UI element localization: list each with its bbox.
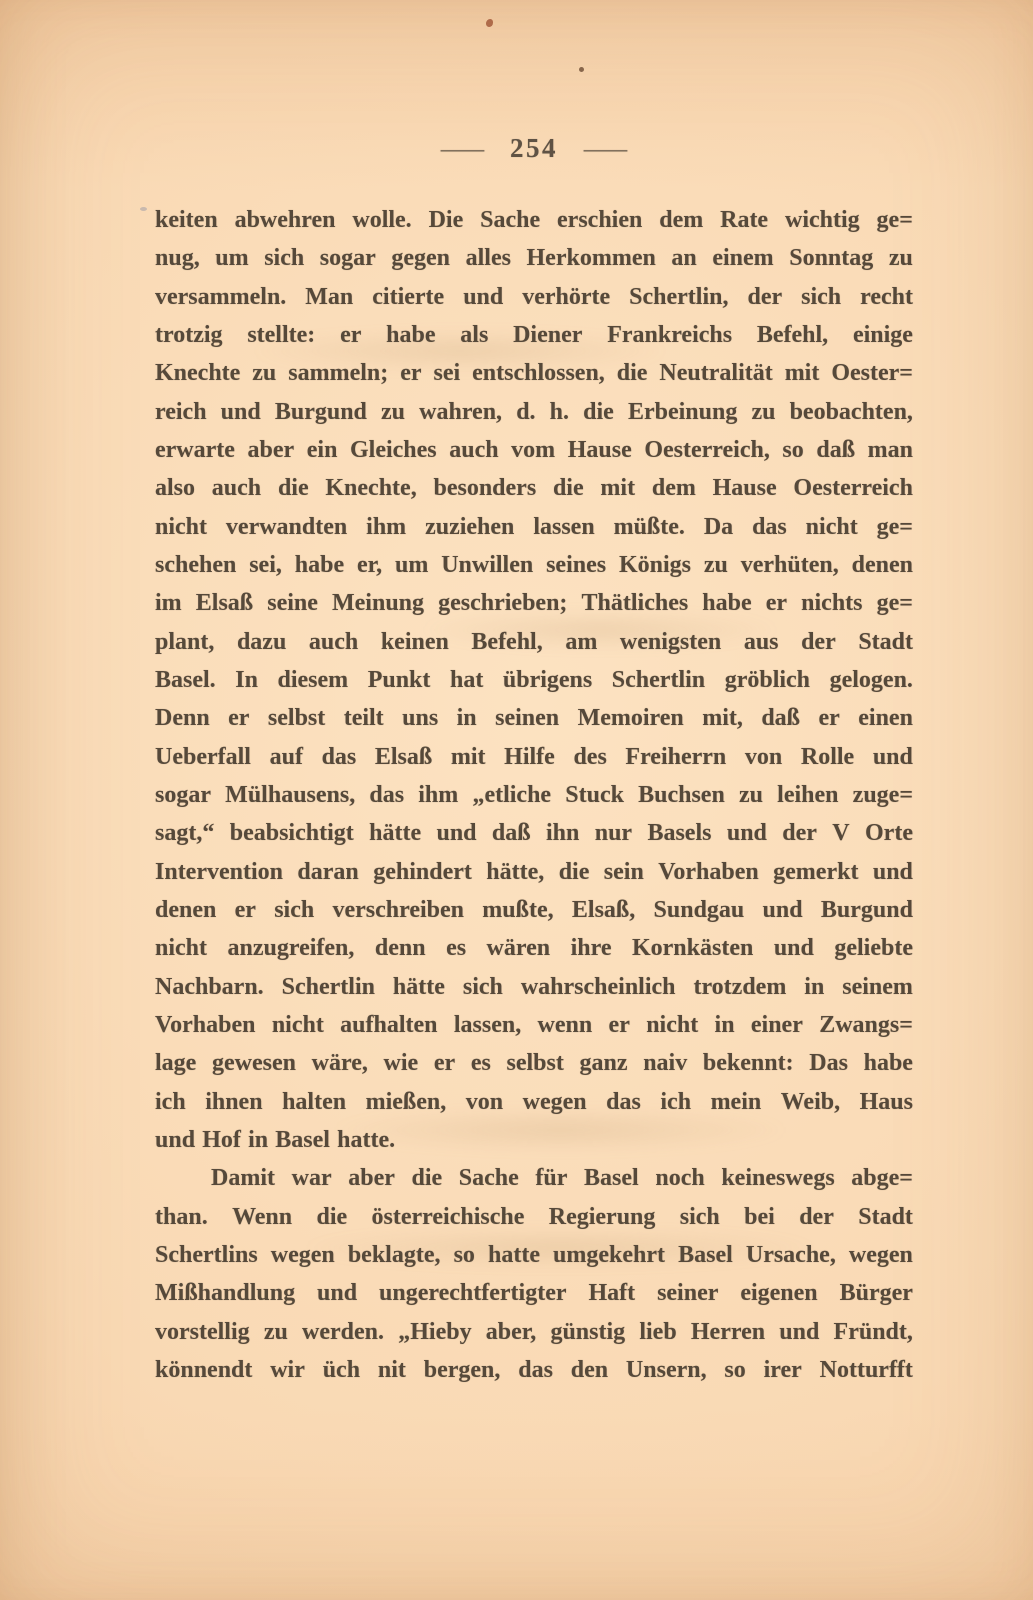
word: Haus [860, 1083, 913, 1121]
word: und [779, 1313, 819, 1351]
word: Oester= [831, 354, 913, 392]
word: des [573, 738, 606, 776]
text-line: MißhandlungundungerechtfertigterHaftsein… [155, 1274, 913, 1312]
word: das [606, 1083, 641, 1121]
word: mit, [702, 699, 743, 737]
text-line: alsoauchdieKnechte,besondersdiemitdemHau… [155, 469, 913, 507]
word: Befehl, [471, 623, 542, 661]
word: er [340, 316, 361, 354]
word: h. [550, 393, 569, 431]
text-line: DamitwaraberdieSachefürBaselnochkeineswe… [155, 1159, 913, 1197]
page-header: — 254 — [155, 128, 913, 168]
word: Basel. [155, 661, 216, 699]
word: zu [739, 776, 763, 814]
word: das [518, 1351, 553, 1389]
word: es [446, 929, 466, 967]
word: müßte. [614, 508, 685, 546]
word: einen [858, 699, 913, 737]
word: so [782, 431, 803, 469]
word: gemerkt [773, 853, 858, 891]
word: irer [764, 1351, 802, 1389]
word: lassen [533, 508, 594, 546]
word: Stadt [858, 1198, 913, 1236]
word: hätte [369, 814, 421, 852]
word: hat [450, 661, 483, 699]
word: wenigsten [620, 623, 721, 661]
word: Herkommen [527, 239, 656, 277]
word: than. [155, 1198, 208, 1236]
word: Zwangs= [819, 1006, 913, 1044]
word: Hof [202, 1121, 241, 1159]
paragraph: DamitwaraberdieSachefürBaselnochkeineswe… [155, 1159, 913, 1389]
word: nug, [155, 239, 200, 277]
word: ihre [571, 929, 612, 967]
word: Die [429, 201, 464, 239]
word: Sonntag [789, 239, 873, 277]
word: Elsaß [375, 738, 432, 776]
word: vorstellig [155, 1313, 250, 1351]
word: zuziehen [425, 508, 514, 546]
word: er [434, 1044, 455, 1082]
word: habe [386, 316, 435, 354]
word: Burgund [275, 393, 367, 431]
text-line: UeberfallaufdasElsaßmitHilfedesFreiherrn… [155, 738, 913, 776]
word: naiv [643, 1044, 687, 1082]
word: ihm [366, 508, 406, 546]
word: es [471, 1044, 491, 1082]
paragraph: keitenabwehrenwolle.DieSacheerschiendemR… [155, 201, 913, 1159]
word: „Hieby [398, 1313, 471, 1351]
word: mein [711, 1083, 762, 1121]
word: also [155, 469, 195, 507]
text-line: Nachbarn.Schertlinhättesichwahrscheinlic… [155, 968, 913, 1006]
word: und [155, 1121, 195, 1159]
word: ge= [877, 584, 913, 622]
word: Rate [720, 201, 768, 239]
text-line: Vorhabennichtaufhaltenlassen,wennernicht… [155, 1006, 913, 1044]
book-page: — 254 — keitenabwehrenwolle.DieSacheersc… [0, 0, 1033, 1600]
ink-speck [486, 19, 493, 27]
text-line: undHofinBaselhatte. [155, 1121, 913, 1159]
word: Basels [647, 814, 711, 852]
word: sagt,“ [155, 814, 214, 852]
word: Erbeinung [628, 393, 737, 431]
word: hätte [393, 968, 445, 1006]
word: daß [761, 699, 800, 737]
word: wenn [538, 1006, 593, 1044]
word: die [617, 354, 648, 392]
word: einem [712, 239, 773, 277]
word: habe [864, 1044, 913, 1082]
word: aber, [486, 1313, 536, 1351]
word: war [292, 1159, 332, 1197]
word: die [559, 853, 590, 891]
word: wahrscheinlich [521, 968, 676, 1006]
page-number: 254 [510, 133, 558, 164]
word: Vorhaben [155, 1006, 255, 1044]
word: selbst [507, 1044, 564, 1082]
word: könnendt [155, 1351, 252, 1389]
word: ihn [546, 814, 579, 852]
word: Sundgau [654, 891, 745, 929]
word: aus [744, 623, 779, 661]
word: Thätliches [582, 584, 689, 622]
word: wegen [849, 1236, 913, 1274]
word: Bürger [840, 1274, 913, 1312]
word: d. [516, 393, 535, 431]
word: und [873, 853, 913, 891]
word: Elsaß [196, 584, 253, 622]
word: erwarte [155, 431, 235, 469]
word: Befehl, [757, 316, 828, 354]
word: reich [155, 393, 207, 431]
word: zu [264, 1313, 288, 1351]
word: besonders [433, 469, 536, 507]
word: um [215, 239, 248, 277]
word: denen [155, 891, 216, 929]
word: seiner [657, 1274, 718, 1312]
word: hatte. [337, 1121, 395, 1159]
word: Ueberfall [155, 738, 251, 776]
word: das [322, 738, 357, 776]
text-line: nug,umsichsogargegenallesHerkommenaneine… [155, 239, 913, 277]
text-line: sagt,“beabsichtigthätteunddaßihnnurBasel… [155, 814, 913, 852]
word: verhüten, [741, 546, 839, 584]
header-dash-left: — [441, 133, 484, 164]
word: recht [860, 278, 913, 316]
word: er [400, 354, 421, 392]
word: geliebte [834, 929, 913, 967]
word: so [454, 1236, 475, 1274]
word: Wenn [232, 1198, 292, 1236]
word: dem [659, 201, 703, 239]
word: Vorhaben [658, 853, 758, 891]
word: so [724, 1351, 745, 1389]
word: gegen [391, 239, 450, 277]
word: zu [252, 354, 276, 392]
word: Ursache, [746, 1236, 836, 1274]
text-line: schehensei,habeer,umUnwillenseinesKönigs… [155, 546, 913, 584]
word: erschien [557, 201, 642, 239]
word: leihen [777, 776, 838, 814]
word: Burgund [821, 891, 913, 929]
word: sei, [249, 546, 282, 584]
text-line: DennerselbstteiltunsinseinenMemoirenmit,… [155, 699, 913, 737]
word: sogar [320, 239, 376, 277]
word: wichtig [785, 201, 860, 239]
word: seinen [495, 699, 559, 737]
word: österreichische [372, 1198, 525, 1236]
text-line: nichtverwandtenihmzuziehenlassenmüßte.Da… [155, 508, 913, 546]
word: übrigens [503, 661, 592, 699]
word: nichts [801, 584, 862, 622]
word: Damit [211, 1159, 275, 1197]
word: und [221, 393, 261, 431]
word: stellte: [247, 316, 315, 354]
word: Gleiches [350, 431, 437, 469]
word: Memoiren [578, 699, 684, 737]
word: entschlossen, [472, 354, 605, 392]
word: Hause [713, 469, 777, 507]
word: und [317, 1274, 357, 1312]
word: in [715, 1006, 735, 1044]
word: sich [264, 239, 304, 277]
word: Rolle [801, 738, 854, 776]
word: ungerechtfertigter [379, 1274, 566, 1312]
word: lage [155, 1044, 196, 1082]
word: Schertlin [612, 661, 705, 699]
word: er [766, 584, 787, 622]
word: Intervention [155, 853, 283, 891]
word: und [436, 814, 476, 852]
word: der [799, 1198, 834, 1236]
word: Orte [865, 814, 913, 852]
word: von [745, 738, 782, 776]
word: den [571, 1351, 608, 1389]
word: für [535, 1159, 567, 1197]
word: mit [600, 469, 635, 507]
word: lassen, [454, 1006, 521, 1044]
word: Fründt, [834, 1313, 913, 1351]
word: bekennt: [703, 1044, 794, 1082]
text-line: lagegewesenwäre,wieeresselbstganznaivbek… [155, 1044, 913, 1082]
word: er, [357, 546, 382, 584]
word: halten [282, 1083, 346, 1121]
word: die [278, 469, 309, 507]
word: und [763, 891, 803, 929]
word: aber [348, 1159, 395, 1197]
word: In [235, 661, 258, 699]
word: zu [704, 546, 728, 584]
word: Basel [678, 1236, 733, 1274]
text-line: erwarteabereinGleichesauchvomHauseOester… [155, 431, 913, 469]
word: günstig [550, 1313, 625, 1351]
word: verschreiben [332, 891, 464, 929]
text-line: Basel.IndiesemPunkthatübrigensSchertling… [155, 661, 913, 699]
word: zu [751, 393, 775, 431]
text-line: than.WenndieösterreichischeRegierungsich… [155, 1198, 913, 1236]
word: er [609, 1006, 630, 1044]
word: man [868, 431, 913, 469]
word: wie [384, 1044, 419, 1082]
word: beobachten, [790, 393, 913, 431]
word: wir [270, 1351, 305, 1389]
word: Schertlin, [629, 278, 728, 316]
text-line: Knechtezusammeln;erseientschlossen,dieNe… [155, 354, 913, 392]
text-line: keitenabwehrenwolle.DieSacheerschiendemR… [155, 201, 913, 239]
word: gelogen. [830, 661, 913, 699]
text-line: nichtanzugreifen,denneswärenihreKornkäst… [155, 929, 913, 967]
word: anzugreifen, [228, 929, 355, 967]
word: sich [463, 968, 503, 1006]
word: der [782, 814, 817, 852]
word: ein [307, 431, 338, 469]
word: diesem [277, 661, 348, 699]
word: üch [323, 1351, 360, 1389]
word: auf [270, 738, 303, 776]
word: Mülhausens, [225, 776, 355, 814]
word: plant, [155, 623, 214, 661]
word: gehindert [373, 853, 472, 891]
word: trotzig [155, 316, 223, 354]
word: denn [375, 929, 426, 967]
word: die [412, 1159, 443, 1197]
word: nicht [272, 1006, 324, 1044]
word: lieb [639, 1313, 676, 1351]
word: er [818, 699, 839, 737]
word: sammeln; [288, 354, 388, 392]
word: mit [785, 354, 820, 392]
word: Sache [480, 201, 540, 239]
word: selbst [268, 699, 325, 737]
word: Da [704, 508, 733, 546]
word: nicht [646, 1006, 698, 1044]
word: Oesterreich [793, 469, 913, 507]
text-line: plant,dazuauchkeinenBefehl,amwenigstenau… [155, 623, 913, 661]
word: der [747, 278, 782, 316]
word: versammeln. [155, 278, 286, 316]
text-block: keitenabwehrenwolle.DieSacheerschiendemR… [155, 201, 913, 1389]
word: und [463, 278, 503, 316]
word: beklagte, [348, 1236, 441, 1274]
word: bei [744, 1198, 775, 1236]
word: daran [297, 853, 358, 891]
word: beabsichtigt [230, 814, 354, 852]
word: ganz [580, 1044, 628, 1082]
word: die [316, 1198, 347, 1236]
word: wegen [523, 1083, 587, 1121]
word: nur [595, 814, 632, 852]
word: Weib, [781, 1083, 840, 1121]
text-line: trotzigstellte:erhabealsDienerFrankreich… [155, 316, 913, 354]
word: Stadt [858, 623, 913, 661]
word: Buchsen [638, 776, 725, 814]
word: verhörte [522, 278, 610, 316]
word: Kornkästen [632, 929, 753, 967]
word: Knechte, [325, 469, 416, 507]
word: wären [487, 929, 551, 967]
word: uns [402, 699, 438, 737]
word: nit [378, 1351, 406, 1389]
word: Basel [275, 1121, 330, 1159]
word: sich [274, 891, 314, 929]
word: V [832, 814, 849, 852]
word: Elsaß, [572, 891, 635, 929]
word: abge= [851, 1159, 913, 1197]
word: Haft [588, 1274, 635, 1312]
word: abwehren [235, 201, 336, 239]
word: wolle. [352, 201, 411, 239]
word: Nachbarn. [155, 968, 264, 1006]
word: Hause [568, 431, 632, 469]
word: Man [305, 278, 353, 316]
word: zu [381, 393, 405, 431]
word: geschrieben; [438, 584, 567, 622]
word: um [395, 546, 428, 584]
word: ich [660, 1083, 691, 1121]
word: Punkt [368, 661, 431, 699]
word: die [583, 393, 614, 431]
text-line: ichihnenhaltenmießen,vonwegendasichmeinW… [155, 1083, 913, 1121]
text-line: vorstelligzuwerden.„Hiebyaber,günstiglie… [155, 1313, 913, 1351]
word: sogar [155, 776, 211, 814]
ink-speck [140, 207, 147, 211]
word: keinen [381, 623, 449, 661]
word: Unwillen [441, 546, 533, 584]
word: hatte [488, 1236, 540, 1274]
word: Schertlin [282, 968, 375, 1006]
word: schehen [155, 546, 236, 584]
word: von [466, 1083, 503, 1121]
word: er [235, 891, 256, 929]
word: wäre, [312, 1044, 368, 1082]
word: in [804, 968, 824, 1006]
word: Denn [155, 699, 210, 737]
word: „etliche [472, 776, 551, 814]
word: bergen, [424, 1351, 501, 1389]
word: und [727, 814, 767, 852]
word: mußte, [482, 891, 553, 929]
word: als [460, 316, 488, 354]
word: daß [816, 431, 855, 469]
text-line: könnendtwirüchnitbergen,dasdenUnsern,soi… [155, 1351, 913, 1389]
word: Königs [619, 546, 691, 584]
word: ihnen [205, 1083, 262, 1121]
text-line: imElsaßseineMeinunggeschrieben;Thätliche… [155, 584, 913, 622]
word: auch [449, 431, 498, 469]
text-line: Schertlinswegenbeklagte,sohatteumgekehrt… [155, 1236, 913, 1274]
word: im [155, 584, 182, 622]
word: Das [809, 1044, 848, 1082]
word: Frankreichs [607, 316, 732, 354]
word: mit [451, 738, 486, 776]
word: sich [801, 278, 841, 316]
ink-speck [579, 67, 584, 72]
word: Mißhandlung [155, 1274, 295, 1312]
word: ge= [877, 508, 913, 546]
word: sei [433, 354, 460, 392]
word: noch [655, 1159, 704, 1197]
word: aufhalten [340, 1006, 437, 1044]
word: das [752, 508, 787, 546]
word: wegen [271, 1236, 335, 1274]
word: Hilfe [504, 738, 555, 776]
word: keiten [155, 201, 218, 239]
word: Regierung [549, 1198, 656, 1236]
word: Freiherrn [625, 738, 726, 776]
word: einer [751, 1006, 803, 1044]
word: Unsern, [626, 1351, 707, 1389]
word: Schertlins [155, 1236, 258, 1274]
word: Knechte [155, 354, 240, 392]
header-dash-right: — [584, 133, 627, 164]
word: auch [309, 623, 358, 661]
word: habe [702, 584, 751, 622]
word: gewesen [212, 1044, 296, 1082]
word: das [369, 776, 404, 814]
word: umgekehrt [553, 1236, 665, 1274]
word: und [873, 738, 913, 776]
word: werden. [302, 1313, 384, 1351]
text-line: Interventiondarangehinderthätte,dieseinV… [155, 853, 913, 891]
text-line: reichundBurgundzuwahren,d.h.dieErbeinung… [155, 393, 913, 431]
word: sein [604, 853, 644, 891]
word: seine [267, 584, 318, 622]
text-line: versammeln.MancitierteundverhörteSchertl… [155, 278, 913, 316]
word: eigenen [740, 1274, 817, 1312]
word: seines [546, 546, 606, 584]
text-line: sogarMülhausens,dasihm„etlicheStuckBuchs… [155, 776, 913, 814]
